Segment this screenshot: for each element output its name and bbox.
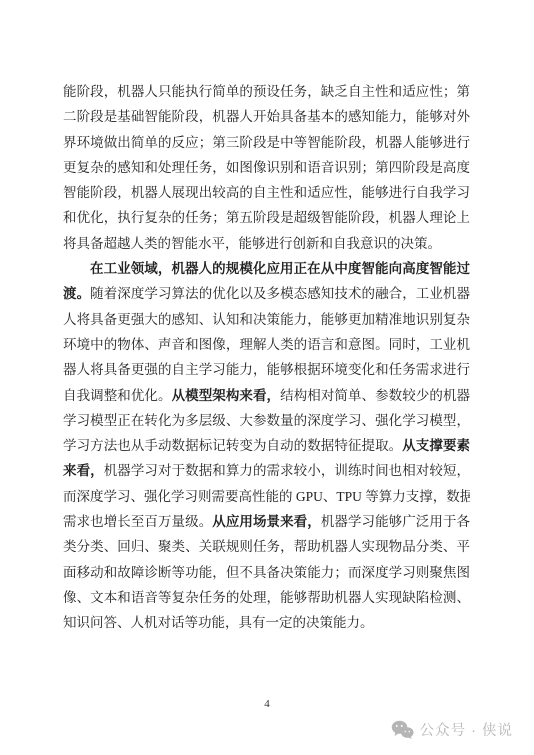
text-line: 知识问答、人机对话等功能，具有一定的决策能力。 <box>63 610 470 635</box>
text-segment: 更复杂的感知和处理任务，如图像识别和语音识别；第四阶段是高度 <box>63 160 470 175</box>
text-segment: 二阶段是基础智能阶段，机器人开始具备基本的感知能力，能够对外 <box>63 109 470 124</box>
text-segment: 面移动和故障诊断等功能，但不具备决策能力；而深度学习则聚焦图 <box>63 565 470 580</box>
text-line: 器人将具备更强的自主学习能力，能够根据环境变化和任务需求进行 <box>63 357 470 382</box>
bold-text-segment: 从应用场景来看， <box>212 514 321 529</box>
text-segment: 机器学习能够广泛用于各 <box>321 514 470 529</box>
text-line: 在工业领域，机器人的规模化应用正在从中度智能向高度智能过 <box>63 256 470 281</box>
bold-text-segment: 在工业领域，机器人的规模化应用正在从中度智能向高度智能过 <box>90 261 470 276</box>
text-line: 能阶段，机器人只能执行简单的预设任务，缺乏自主性和适应性；第 <box>63 79 470 104</box>
text-line: 智能阶段，机器人展现出较高的自主性和适应性，能够进行自我学习 <box>63 180 470 205</box>
text-segment: 人将具备更强大的感知、认知和决策能力，能够更加精准地识别复杂 <box>63 312 470 327</box>
text-line: 需求也增长至百万量级。从应用场景来看，机器学习能够广泛用于各 <box>63 509 470 534</box>
text-line: 来看，机器学习对于数据和算力的需求较小，训练时间也相对较短， <box>63 458 470 483</box>
text-segment: 环境中的物体、声音和图像，理解人类的语言和意图。同时，工业机 <box>63 337 470 352</box>
text-segment: 能阶段，机器人只能执行简单的预设任务，缺乏自主性和适应性；第 <box>63 84 470 99</box>
text-segment: 结构相对简单、参数较少的机器 <box>280 388 470 403</box>
bold-text-segment: 从支撑要素 <box>402 438 470 453</box>
text-segment: 随着深度学习算法的优化以及多模态感知技术的融合，工业机器 <box>90 286 470 301</box>
text-segment: 学习模型正在转化为多层级、大参数量的深度学习、强化学习模型， <box>63 413 470 428</box>
text-line: 更复杂的感知和处理任务，如图像识别和语音识别；第四阶段是高度 <box>63 155 470 180</box>
watermark-label: 公众号 · 侠说 <box>420 719 513 740</box>
text-line: 而深度学习、强化学习则需要高性能的 GPU、TPU 等算力支撑，数据 <box>63 484 470 509</box>
text-segment: 机器学习对于数据和算力的需求较小，训练时间也相对较短， <box>104 463 470 478</box>
text-segment: 器人将具备更强的自主学习能力，能够根据环境变化和任务需求进行 <box>63 362 470 377</box>
text-line: 环境中的物体、声音和图像，理解人类的语言和意图。同时，工业机 <box>63 332 470 357</box>
text-line: 渡。随着深度学习算法的优化以及多模态感知技术的融合，工业机器 <box>63 281 470 306</box>
document-page: 能阶段，机器人只能执行简单的预设任务，缺乏自主性和适应性；第二阶段是基础智能阶段… <box>0 0 534 755</box>
text-line: 和优化，执行复杂的任务；第五阶段是超级智能阶段，机器人理论上 <box>63 205 470 230</box>
text-segment: 知识问答、人机对话等功能，具有一定的决策能力。 <box>63 615 374 630</box>
text-segment: 和优化，执行复杂的任务；第五阶段是超级智能阶段，机器人理论上 <box>63 210 470 225</box>
text-line: 面移动和故障诊断等功能，但不具备决策能力；而深度学习则聚焦图 <box>63 560 470 585</box>
text-segment: 需求也增长至百万量级。 <box>63 514 212 529</box>
text-line: 界环境做出简单的反应；第三阶段是中等智能阶段，机器人能够进行 <box>63 130 470 155</box>
text-line: 人将具备更强大的感知、认知和决策能力，能够更加精准地识别复杂 <box>63 307 470 332</box>
text-segment: 而深度学习、强化学习则需要高性能的 GPU、TPU 等算力支撑，数据 <box>63 489 470 504</box>
text-line: 自我调整和优化。从模型架构来看，结构相对简单、参数较少的机器 <box>63 383 470 408</box>
text-segment: 类分类、回归、聚类、关联规则任务，帮助机器人实现物品分类、平 <box>63 539 470 554</box>
wechat-icon <box>391 720 414 739</box>
text-line: 学习模型正在转化为多层级、大参数量的深度学习、强化学习模型， <box>63 408 470 433</box>
body-text: 能阶段，机器人只能执行简单的预设任务，缺乏自主性和适应性；第二阶段是基础智能阶段… <box>63 79 470 636</box>
text-line: 二阶段是基础智能阶段，机器人开始具备基本的感知能力，能够对外 <box>63 104 470 129</box>
text-segment: 将具备超越人类的智能水平，能够进行创新和自我意识的决策。 <box>63 236 441 251</box>
page-number: 4 <box>0 698 534 710</box>
watermark: 公众号 · 侠说 <box>391 719 513 740</box>
bold-text-segment: 来看， <box>63 463 104 478</box>
text-line: 学习方法也从手动数据标记转变为自动的数据特征提取。从支撑要素 <box>63 433 470 458</box>
text-segment: 界环境做出简单的反应；第三阶段是中等智能阶段，机器人能够进行 <box>63 135 470 150</box>
bold-text-segment: 渡。 <box>63 286 90 301</box>
bold-text-segment: 从模型架构来看， <box>172 388 281 403</box>
text-segment: 智能阶段，机器人展现出较高的自主性和适应性，能够进行自我学习 <box>63 185 470 200</box>
text-line: 像、文本和语音等复杂任务的处理，能够帮助机器人实现缺陷检测、 <box>63 585 470 610</box>
text-line: 类分类、回归、聚类、关联规则任务，帮助机器人实现物品分类、平 <box>63 534 470 559</box>
text-segment: 像、文本和语音等复杂任务的处理，能够帮助机器人实现缺陷检测、 <box>63 590 470 605</box>
text-segment: 自我调整和优化。 <box>63 388 172 403</box>
text-segment: 学习方法也从手动数据标记转变为自动的数据特征提取。 <box>63 438 402 453</box>
text-line: 将具备超越人类的智能水平，能够进行创新和自我意识的决策。 <box>63 231 470 256</box>
